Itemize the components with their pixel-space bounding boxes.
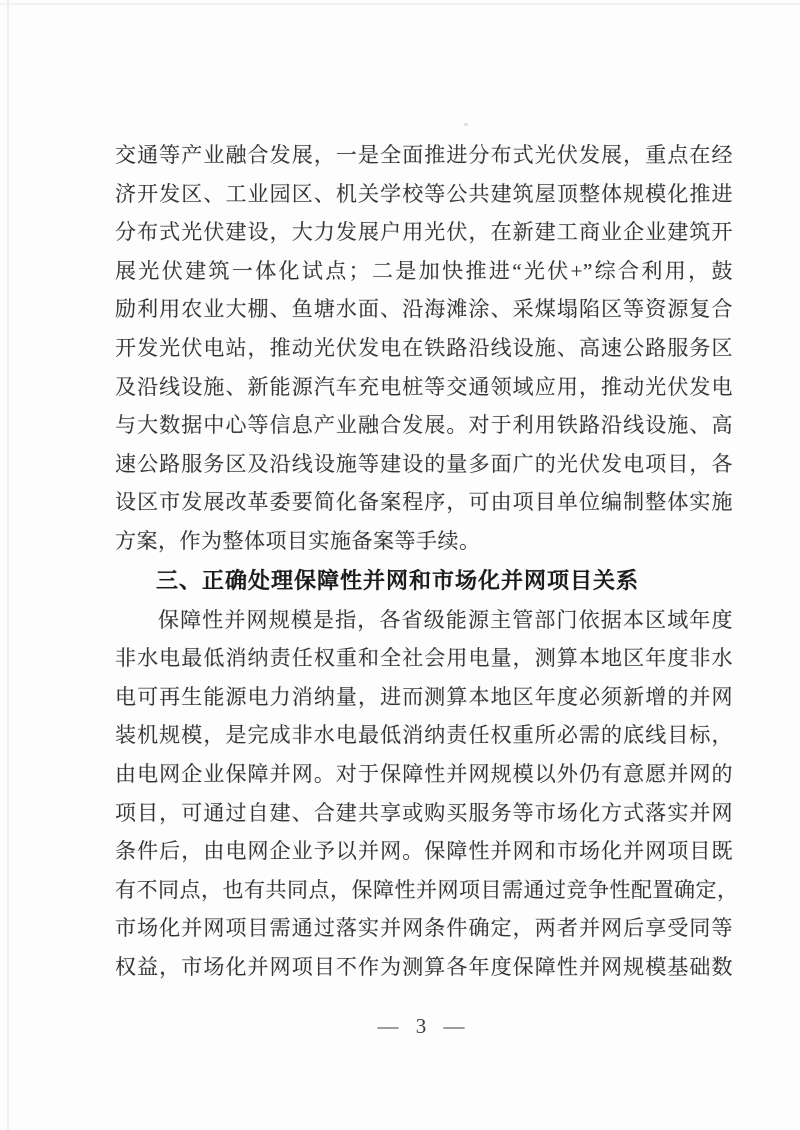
body-line: 速公路服务区及沿线设施等建设的量多面广的光伏发电项目，各 <box>115 445 733 484</box>
body-line: 分布式光伏建设，大力发展户用光伏，在新建工商业企业建筑开 <box>115 213 733 252</box>
body-line: 济开发区、工业园区、机关学校等公共建筑屋顶整体规模化推进 <box>115 175 733 214</box>
body-line: 条件后，由电网企业予以并网。保障性并网和市场化并网项目既 <box>115 832 733 871</box>
body-line: 权益，市场化并网项目不作为测算各年度保障性并网规模基础数 <box>115 948 733 987</box>
document-body: 交通等产业融合发展，一是全面推进分布式光伏发展，重点在经 济开发区、工业园区、机… <box>115 136 733 986</box>
body-line: 及沿线设施、新能源汽车充电桩等交通领域应用，推动光伏发电 <box>115 368 733 407</box>
body-line: 设区市发展改革委要简化备案程序，可由项目单位编制整体实施 <box>115 483 733 522</box>
page-number: — 3 — <box>115 1012 733 1040</box>
body-line: 项目，可通过自建、合建共享或购买服务等市场化方式落实并网 <box>115 794 733 833</box>
body-line: 电可再生能源电力消纳量，进而测算本地区年度必须新增的并网 <box>115 678 733 717</box>
body-line: 与大数据中心等信息产业融合发展。对于利用铁路沿线设施、高 <box>115 406 733 445</box>
body-line: 方案，作为整体项目实施备案等手续。 <box>115 522 733 561</box>
body-line: 市场化并网项目需通过落实并网条件确定，两者并网后享受同等 <box>115 909 733 948</box>
document-page: 交通等产业融合发展，一是全面推进分布式光伏发展，重点在经 济开发区、工业园区、机… <box>0 0 800 1130</box>
scan-speck <box>464 123 468 126</box>
body-line: 装机规模，是完成非水电最低消纳责任权重所必需的底线目标， <box>115 716 733 755</box>
body-line: 由电网企业保障并网。对于保障性并网规模以外仍有意愿并网的 <box>115 755 733 794</box>
body-line: 交通等产业融合发展，一是全面推进分布式光伏发展，重点在经 <box>115 136 733 175</box>
section-heading: 三、正确处理保障性并网和市场化并网项目关系 <box>115 561 733 601</box>
body-line: 展光伏建筑一体化试点；二是加快推进“光伏+”综合利用，鼓 <box>115 252 733 291</box>
body-line: 励利用农业大棚、鱼塘水面、沿海滩涂、采煤塌陷区等资源复合 <box>115 290 733 329</box>
body-line: 非水电最低消纳责任权重和全社会用电量，测算本地区年度非水 <box>115 639 733 678</box>
scan-edge-top <box>0 3 800 5</box>
body-line: 保障性并网规模是指，各省级能源主管部门依据本区域年度 <box>115 601 733 640</box>
scan-edge-left <box>7 0 9 1130</box>
body-line: 开发光伏电站，推动光伏发电在铁路沿线设施、高速公路服务区 <box>115 329 733 368</box>
body-line: 有不同点，也有共同点，保障性并网项目需通过竞争性配置确定， <box>115 871 733 910</box>
